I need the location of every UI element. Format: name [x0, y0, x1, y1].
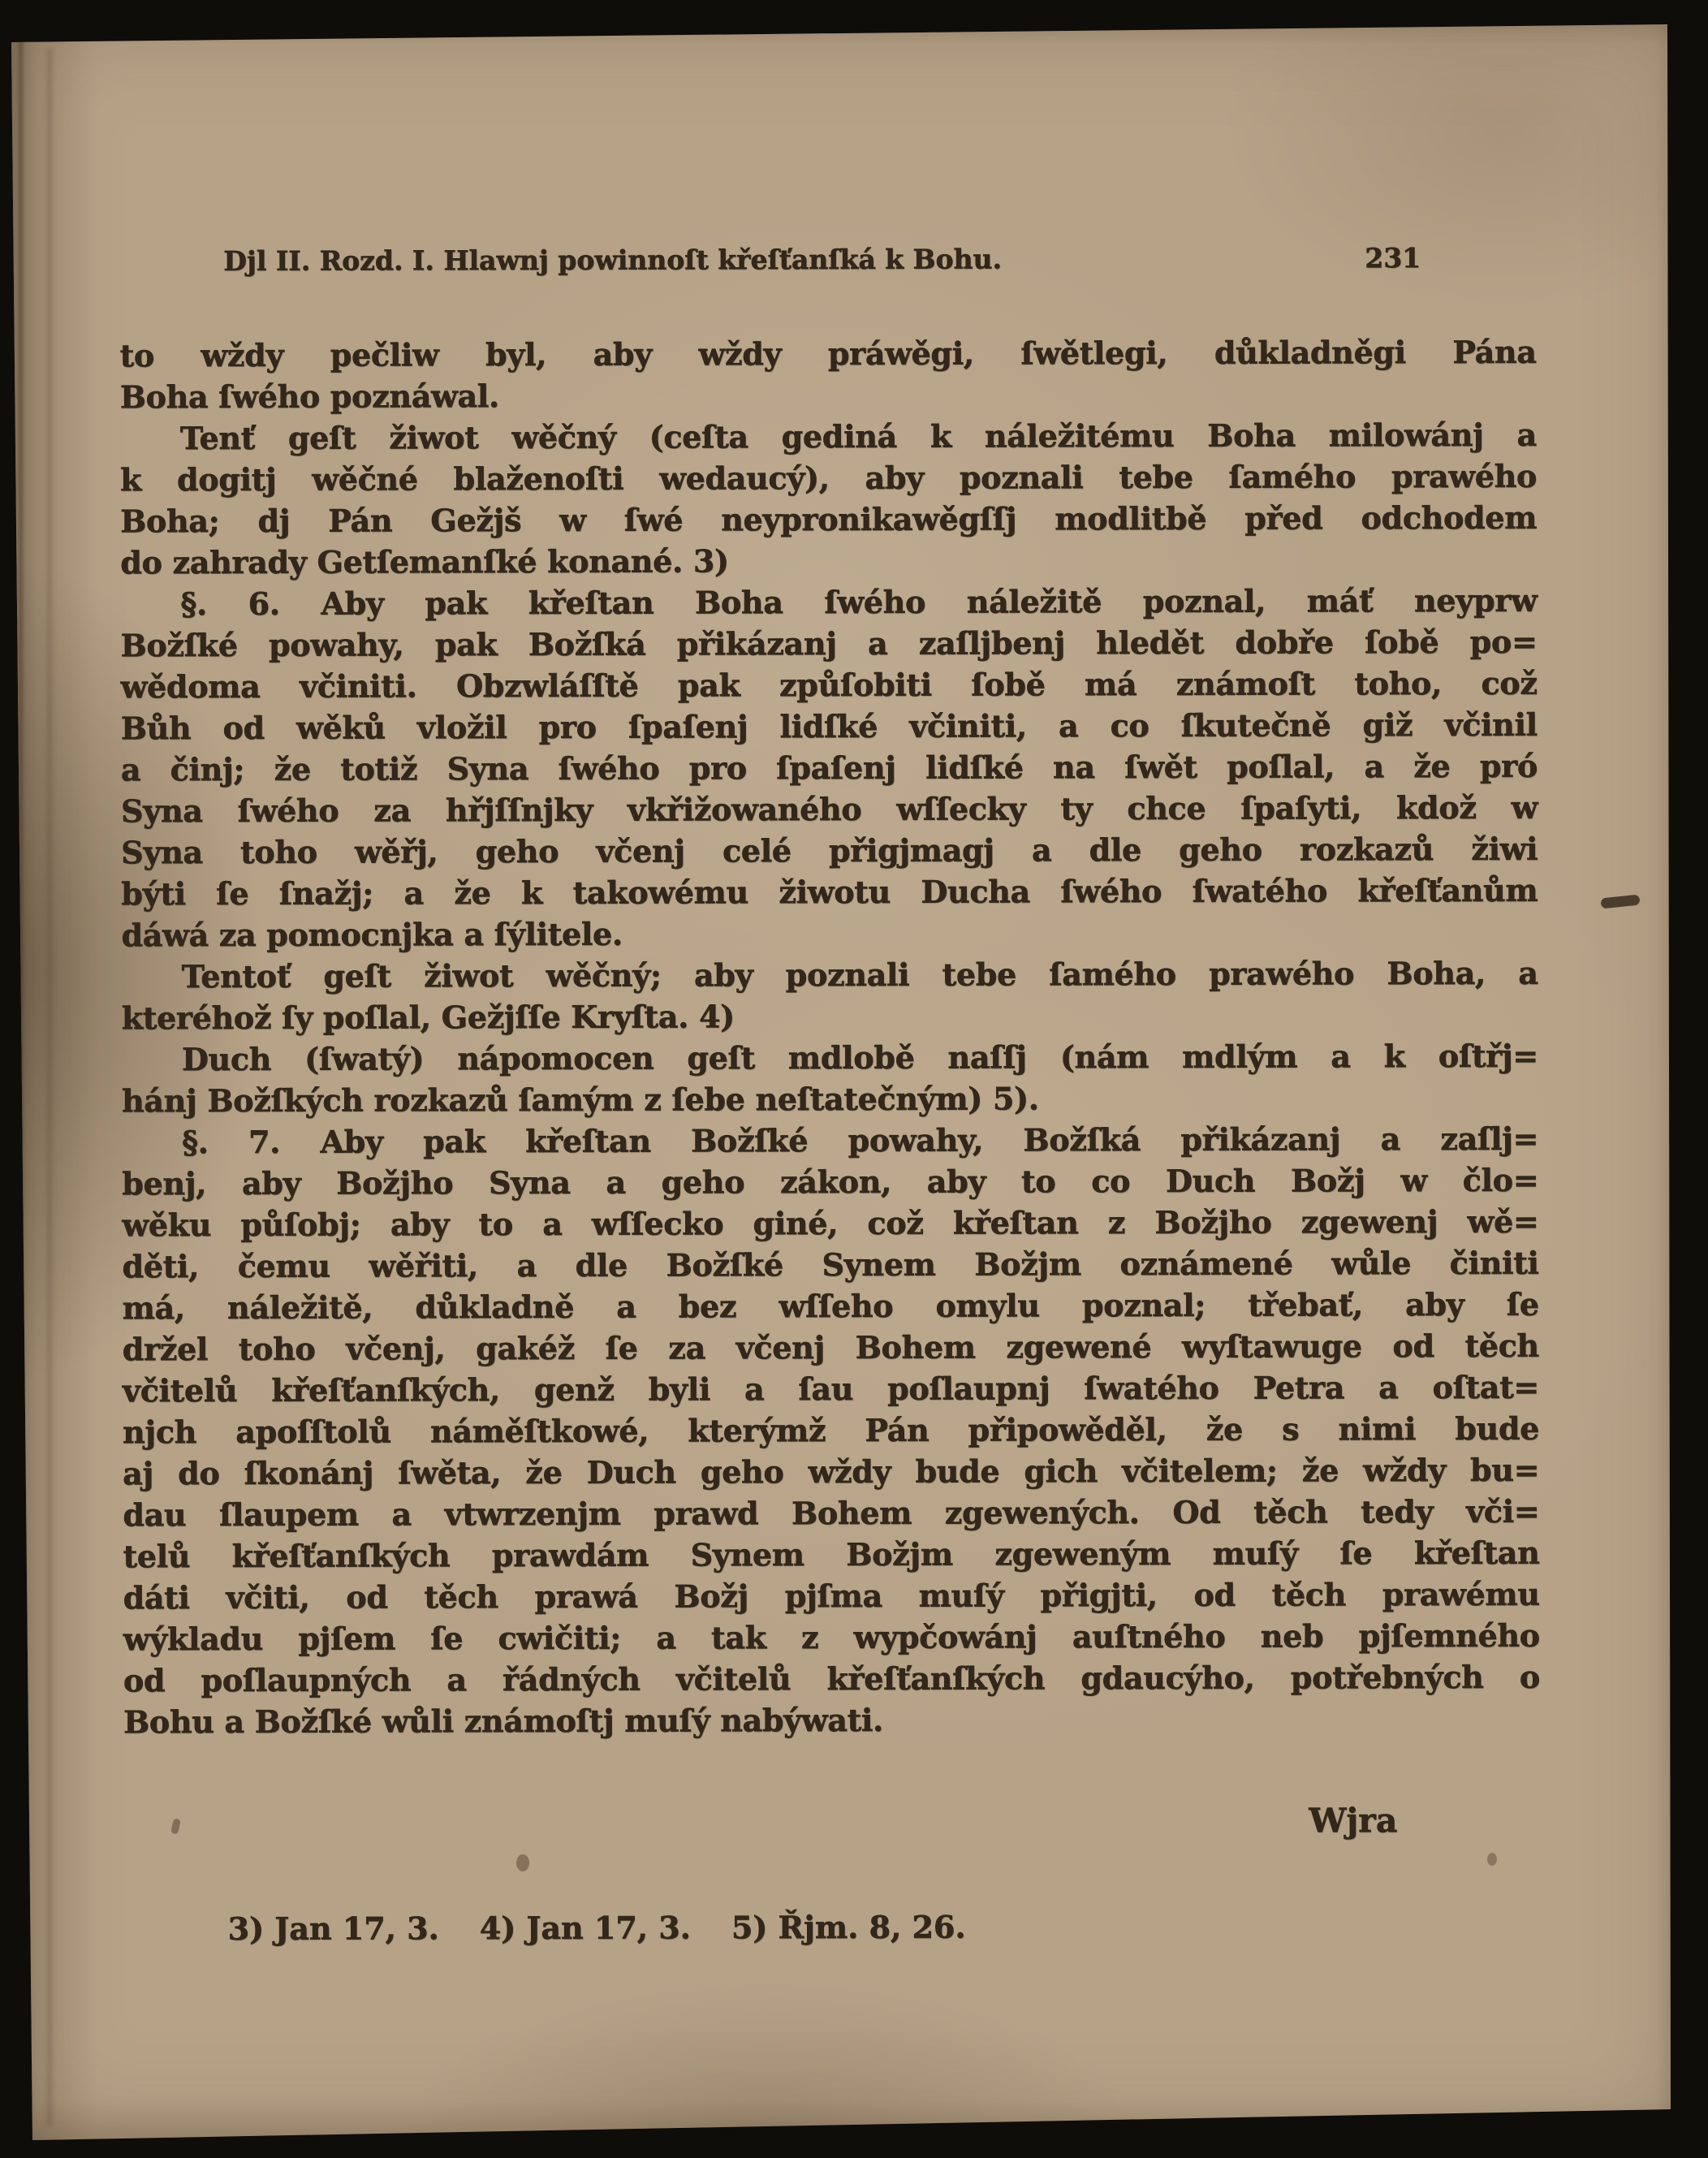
- text-line: dau ſlaupem a vtwrzenjm prawd Bohem zgew…: [123, 1491, 1539, 1536]
- text-line: wědoma včiniti. Obzwláſſtě pak způſobiti…: [121, 663, 1538, 708]
- text-line: k dogitj wěčné blaženoſti wedaucý), aby …: [120, 455, 1537, 501]
- text-line: Bůh od wěků vložil pro ſpaſenj lidſké vč…: [121, 704, 1538, 749]
- text-line: benj, aby Božjho Syna a geho zákon, aby …: [122, 1159, 1538, 1205]
- text-line: má, náležitě, důkladně a bez wſſeho omyl…: [123, 1284, 1539, 1329]
- running-header: Djl II. Rozd. I. Hlawnj powinnoſt křeſťa…: [119, 239, 1536, 285]
- text-line: býti ſe ſnažj; a že k takowému žiwotu Du…: [121, 870, 1538, 915]
- text-line: Bohu a Božſké wůli známoſtj muſý nabýwat…: [123, 1698, 1540, 1743]
- footnotes: 3) Jan 17, 3.4) Jan 17, 3.5) Řjm. 8, 26.: [228, 1906, 966, 1950]
- text-line: děti, čemu wěřiti, a dle Božſké Synem Bo…: [123, 1242, 1539, 1288]
- text-line: Tenť geſt žiwot wěčný (ceſta gediná k ná…: [120, 414, 1537, 460]
- text-line: Božſké powahy, pak Božſká přikázanj a za…: [121, 621, 1538, 667]
- text-line: hánj Božſkých rozkazů ſamým z ſebe neſta…: [122, 1077, 1538, 1122]
- text-line: Syna toho wěřj, geho včenj celé přigjmag…: [121, 828, 1538, 874]
- text-line: dáti včiti, od těch prawá Božj pjſma muſ…: [123, 1573, 1540, 1619]
- text-line: a činj; že totiž Syna ſwého pro ſpaſenj …: [121, 745, 1538, 791]
- footnote: 3) Jan 17, 3.: [228, 1907, 439, 1950]
- text-line: kteréhož ſy poſlal, Gežjſſe Kryſta. 4): [122, 994, 1538, 1039]
- text-line: njch apoſſtolů náměſtkowé, kterýmž Pán p…: [123, 1408, 1539, 1453]
- footnote: 5) Řjm. 8, 26.: [731, 1906, 966, 1949]
- footnote: 4) Jan 17, 3.: [480, 1907, 691, 1950]
- text-line: §. 6. Aby pak křeſtan Boha ſwého náležit…: [120, 580, 1537, 625]
- catchword: Wjra: [1309, 1799, 1397, 1841]
- text-line: do zahrady Getſemanſké konané. 3): [120, 538, 1537, 584]
- body-text: to wždy pečliw byl, aby wždy práwěgi, ſw…: [120, 331, 1541, 1743]
- text-line: Boha; dj Pán Gežjš w ſwé neypronikawěgſſ…: [120, 497, 1537, 542]
- text-line: Boha ſwého poznáwal.: [120, 373, 1537, 418]
- text-line: dáwá za pomocnjka a ſýlitele.: [121, 911, 1538, 956]
- printed-content: Djl II. Rozd. I. Hlawnj powinnoſt křeſťa…: [0, 0, 1708, 2158]
- text-line: od poſlaupných a řádných včitelů křeſťan…: [123, 1656, 1540, 1702]
- text-line: wěku půſobj; aby to a wſſecko giné, což …: [122, 1201, 1538, 1246]
- text-line: držel toho včenj, gakéž ſe za včenj Bohe…: [123, 1325, 1539, 1370]
- scanned-book-spread: Djl II. Rozd. I. Hlawnj powinnoſt křeſťa…: [0, 0, 1708, 2158]
- text-line: to wždy pečliw byl, aby wždy práwěgi, ſw…: [120, 331, 1537, 377]
- text-line: Duch (ſwatý) nápomocen geſt mdlobě naſſj…: [122, 1035, 1538, 1081]
- paper-page: Djl II. Rozd. I. Hlawnj powinnoſt křeſťa…: [0, 0, 1708, 2158]
- text-line: §. 7. Aby pak křeſtan Božſké powahy, Bož…: [122, 1118, 1538, 1163]
- text-line: Syna ſwého za hřjſſnjky vkřižowaného wſſ…: [121, 787, 1538, 832]
- text-line: včitelů křeſťanſkých, genž byli a ſau po…: [123, 1366, 1539, 1412]
- page-number: 231: [1365, 239, 1421, 278]
- text-line: telů křeſťanſkých prawdám Synem Božjm zg…: [123, 1532, 1539, 1577]
- header-title: Djl II. Rozd. I. Hlawnj powinnoſt křeſťa…: [223, 240, 1002, 282]
- text-line: Tentoť geſt žiwot wěčný; aby poznali teb…: [122, 952, 1538, 998]
- text-line: wýkladu pjſem ſe cwičiti; a tak z wypčow…: [123, 1615, 1540, 1660]
- text-line: aj do ſkonánj ſwěta, že Duch geho wždy b…: [123, 1449, 1539, 1495]
